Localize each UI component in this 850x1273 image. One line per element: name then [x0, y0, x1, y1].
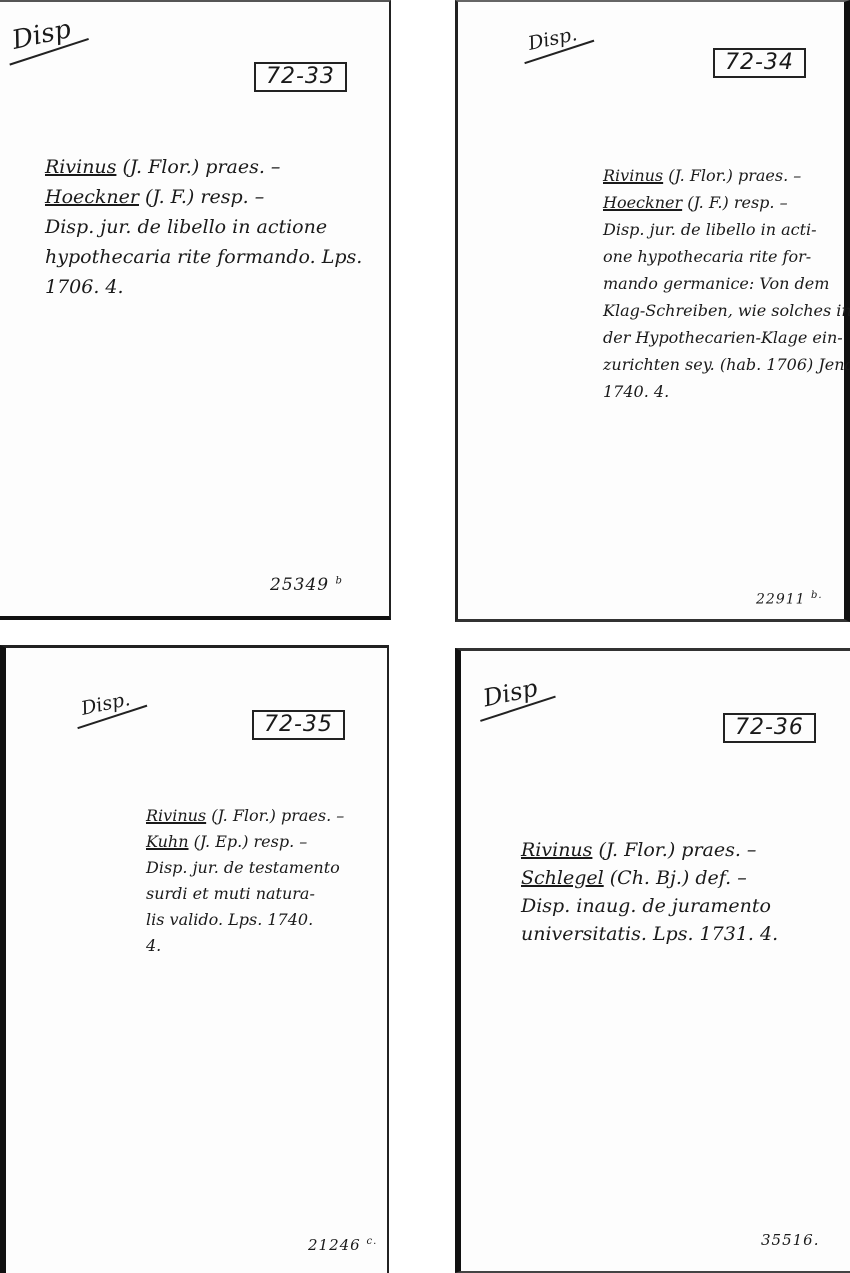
entry-line: 1740. 4. — [603, 378, 850, 405]
entry-text: (J. Flor.) praes. – — [116, 156, 280, 178]
person-name: Hoeckner — [45, 186, 139, 208]
catalog-card-72-36: Disp 72-36 Rivinus (J. Flor.) praes. –Sc… — [455, 648, 850, 1273]
accession-value: 35516. — [761, 1231, 820, 1249]
entry-text: (J. Ep.) resp. – — [189, 832, 308, 851]
entry-text: Disp. inaug. de juramento — [521, 895, 771, 917]
accession-suffix: b — [336, 575, 343, 586]
entry-text: (J. F.) resp. – — [139, 186, 264, 208]
entry-line: lis valido. Lps. 1740. — [146, 907, 344, 933]
entry-line: 1706. 4. — [45, 272, 362, 302]
entry-text: Disp. jur. de testamento — [146, 858, 340, 877]
entry-line: Disp. jur. de libello in actione — [45, 212, 362, 242]
entry-text: universitatis. Lps. 1731. 4. — [521, 923, 778, 945]
entry-line: Schlegel (Ch. Bj.) def. – — [521, 864, 778, 892]
entry-line: Hoeckner (J. F.) resp. – — [603, 189, 850, 216]
entry-text: (J. F.) resp. – — [682, 193, 787, 212]
call-number: 72-34 — [713, 48, 806, 78]
call-number: 72-36 — [723, 713, 816, 743]
entry-line: Kuhn (J. Ep.) resp. – — [146, 829, 344, 855]
catalog-card-72-34: Disp. 72-34 Rivinus (J. Flor.) praes. –H… — [455, 0, 850, 622]
entry-text: surdi et muti natura- — [146, 884, 315, 903]
person-name: Hoeckner — [603, 193, 682, 212]
accession-number: 21246 c. — [308, 1236, 377, 1254]
catalog-card-72-33: Disp 72-33 Rivinus (J. Flor.) praes. –Ho… — [0, 0, 391, 620]
entry-text: lis valido. Lps. 1740. — [146, 910, 313, 929]
entry-text: Disp. jur. de libello in actione — [45, 216, 327, 238]
entry-text: der Hypothecarien-Klage ein- — [603, 328, 843, 347]
entry-line: Rivinus (J. Flor.) praes. – — [603, 162, 850, 189]
disp-label: Disp — [10, 14, 74, 56]
entry-text: one hypothecaria rite for- — [603, 247, 811, 266]
entry-line: 4. — [146, 933, 344, 959]
bibliographic-entry: Rivinus (J. Flor.) praes. –Hoeckner (J. … — [45, 152, 362, 302]
entry-text: mando germanice: Von dem — [603, 274, 829, 293]
entry-line: hypothecaria rite formando. Lps. — [45, 242, 362, 272]
entry-line: Rivinus (J. Flor.) praes. – — [45, 152, 362, 182]
entry-line: Rivinus (J. Flor.) praes. – — [521, 836, 778, 864]
entry-text: hypothecaria rite formando. Lps. — [45, 246, 362, 268]
entry-line: Disp. jur. de libello in acti- — [603, 216, 850, 243]
catalog-card-72-35: Disp. 72-35 Rivinus (J. Flor.) praes. –K… — [0, 645, 389, 1273]
person-name: Kuhn — [146, 832, 189, 851]
entry-line: Disp. inaug. de juramento — [521, 892, 778, 920]
entry-line: one hypothecaria rite for- — [603, 243, 850, 270]
call-number: 72-33 — [254, 62, 347, 92]
entry-text: (J. Flor.) praes. – — [663, 166, 801, 185]
entry-text: (J. Flor.) praes. – — [592, 839, 756, 861]
entry-line: universitatis. Lps. 1731. 4. — [521, 920, 778, 948]
disp-label: Disp — [481, 674, 540, 713]
entry-line: zurichten sey. (hab. 1706) Jenae — [603, 351, 850, 378]
accession-number: 22911 b. — [756, 590, 823, 608]
entry-line: der Hypothecarien-Klage ein- — [603, 324, 850, 351]
entry-line: Disp. jur. de testamento — [146, 855, 344, 881]
entry-text: 4. — [146, 936, 161, 955]
entry-line: Klag-Schreiben, wie solches in — [603, 297, 850, 324]
disp-label: Disp. — [79, 688, 132, 720]
entry-text: (J. Flor.) praes. – — [206, 806, 344, 825]
accession-value: 22911 — [756, 592, 806, 608]
person-name: Rivinus — [45, 156, 116, 178]
person-name: Rivinus — [146, 806, 206, 825]
person-name: Rivinus — [521, 839, 592, 861]
call-number: 72-35 — [252, 710, 345, 740]
person-name: Schlegel — [521, 867, 604, 889]
accession-value: 21246 — [308, 1236, 361, 1254]
accession-number: 35516. — [761, 1231, 820, 1249]
bibliographic-entry: Rivinus (J. Flor.) praes. –Hoeckner (J. … — [603, 162, 850, 405]
accession-value: 25349 — [270, 575, 329, 595]
accession-suffix: b. — [811, 590, 823, 601]
person-name: Rivinus — [603, 166, 663, 185]
entry-line: Hoeckner (J. F.) resp. – — [45, 182, 362, 212]
entry-line: mando germanice: Von dem — [603, 270, 850, 297]
entry-text: (Ch. Bj.) def. – — [604, 867, 747, 889]
entry-text: Klag-Schreiben, wie solches in — [603, 301, 850, 320]
entry-text: zurichten sey. (hab. 1706) Jenae — [603, 355, 850, 374]
disp-label: Disp. — [526, 23, 579, 55]
entry-text: Disp. jur. de libello in acti- — [603, 220, 817, 239]
accession-suffix: c. — [367, 1236, 378, 1247]
entry-text: 1740. 4. — [603, 382, 669, 401]
bibliographic-entry: Rivinus (J. Flor.) praes. –Kuhn (J. Ep.)… — [146, 803, 344, 959]
accession-number: 25349 b — [270, 575, 343, 595]
entry-text: 1706. 4. — [45, 276, 124, 298]
entry-line: surdi et muti natura- — [146, 881, 344, 907]
entry-line: Rivinus (J. Flor.) praes. – — [146, 803, 344, 829]
bibliographic-entry: Rivinus (J. Flor.) praes. –Schlegel (Ch.… — [521, 836, 778, 948]
